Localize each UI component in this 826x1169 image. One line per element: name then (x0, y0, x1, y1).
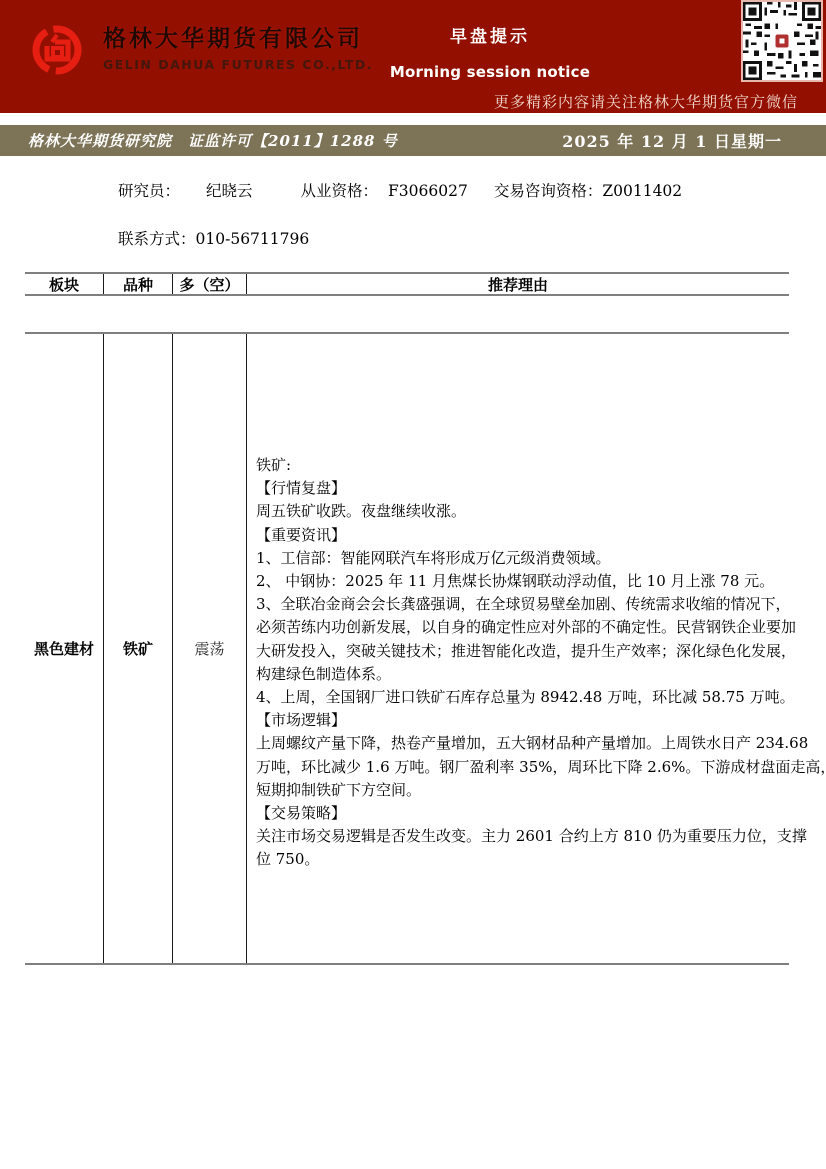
reason-line: 上周螺纹产量下降，热卷产量增加，五大钢材品种产量增加。上周铁水日产 234.68 (256, 732, 781, 755)
direction-value: 震荡 (194, 638, 224, 659)
reason-line: 位 750。 (256, 848, 781, 871)
company-name-cn: 格林大华期货有限公司 (103, 26, 373, 52)
recommendation-table-header: 板块 品种 多（空） 推荐理由 (25, 272, 789, 296)
qualification-number: F3066027 (388, 182, 468, 200)
reason-line: 【交易策略】 (256, 802, 781, 825)
direction-cell: 震荡 (172, 334, 246, 963)
advisory-label: 交易咨询资格： (494, 179, 603, 201)
reason-line: 【行情复盘】 (256, 477, 781, 500)
header-sector: 板块 (25, 274, 103, 294)
reason-line: 【市场逻辑】 (256, 709, 781, 732)
notice-title-cn: 早盘提示 (388, 22, 592, 47)
notice-title-block: 早盘提示 Morning session notice (388, 22, 592, 81)
reason-line: 万吨，环比减少 1.6 万吨。钢厂盈利率 35%，周环比下降 2.6%。下游成材… (256, 756, 781, 779)
report-date: 2025 年 12 月 1 日星期一 (562, 129, 782, 152)
researcher-role-label: 研究员： (118, 179, 180, 201)
researcher-info: 研究员： 纪晓云 从业资格： F3066027 交易咨询资格： Z0011402… (118, 179, 682, 249)
contact-label: 联系方式： (118, 227, 196, 249)
contact-line: 联系方式： 010-56711796 (118, 227, 682, 249)
sector-value: 黑色建材 (34, 638, 94, 659)
header-variety: 品种 (103, 274, 172, 294)
reason-line: 周五铁矿收跌。夜盘继续收涨。 (256, 500, 781, 523)
wechat-follow-note: 更多精彩内容请关注格林大华期货官方微信 (494, 91, 798, 112)
researcher-line: 研究员： 纪晓云 从业资格： F3066027 交易咨询资格： Z0011402 (118, 179, 682, 201)
reason-line: 构建绿色制造体系。 (256, 663, 781, 686)
advisory-number: Z0011402 (602, 182, 682, 200)
recommendation-table-row: 黑色建材 铁矿 震荡 铁矿: 【行情复盘】 周五铁矿收跌。夜盘继续收涨。 【重要… (25, 332, 789, 965)
notice-title-en: Morning session notice (388, 63, 592, 81)
institute-license-band: 格林大华期货研究院 证监许可【2011】1288 号 2025 年 12 月 1… (0, 125, 826, 156)
reason-line: 关注市场交易逻辑是否发生改变。主力 2601 合约上方 810 仍为重要压力位，… (256, 825, 781, 848)
reason-line: 1、工信部：智能网联汽车将形成万亿元级消费领域。 (256, 547, 781, 570)
reason-line: 必须苦练内功创新发展，以自身的确定性应对外部的不确定性。民营钢铁企业要加 (256, 616, 781, 639)
variety-cell: 铁矿 (103, 334, 172, 963)
morning-notice-document: { "banner": { "company_cn": "格林大华期货有限公司"… (0, 0, 826, 1169)
wechat-qr-code (743, 2, 821, 80)
reason-cell: 铁矿: 【行情复盘】 周五铁矿收跌。夜盘继续收涨。 【重要资讯】 1、工信部：智… (246, 334, 789, 963)
researcher-name: 纪晓云 (206, 179, 253, 201)
company-name-en: GELIN DAHUA FUTURES CO.,LTD. (103, 57, 373, 72)
header-direction: 多（空） (172, 274, 246, 294)
qualification-label: 从业资格： (301, 179, 379, 201)
reason-line: 2、 中钢协：2025 年 11 月焦煤长协煤钢联动浮动值，比 10 月上涨 7… (256, 570, 781, 593)
reason-line: 铁矿: (256, 454, 781, 477)
institute-license-text: 格林大华期货研究院 证监许可【2011】1288 号 (28, 130, 398, 151)
header-banner: 格林大华期货有限公司 GELIN DAHUA FUTURES CO.,LTD. … (0, 0, 826, 113)
reason-line: 大研发投入，突破关键技术；推进智能化改造，提升生产效率；深化绿色化发展， (256, 640, 781, 663)
reason-line: 3、全联冶金商会会长龚盛强调，在全球贸易壁垒加剧、传统需求收缩的情况下， (256, 593, 781, 616)
reason-line: 4、上周，全国钢厂进口铁矿石库存总量为 8942.48 万吨，环比减 58.75… (256, 686, 781, 709)
sector-cell: 黑色建材 (25, 334, 103, 963)
company-name-block: 格林大华期货有限公司 GELIN DAHUA FUTURES CO.,LTD. (103, 26, 373, 72)
header-reason: 推荐理由 (246, 274, 789, 294)
reason-line: 【重要资讯】 (256, 524, 781, 547)
reason-line: 短期抑制铁矿下方空间。 (256, 779, 781, 802)
variety-value: 铁矿 (123, 638, 153, 659)
contact-number: 010-56711796 (196, 230, 310, 248)
company-logo-icon (32, 22, 82, 78)
